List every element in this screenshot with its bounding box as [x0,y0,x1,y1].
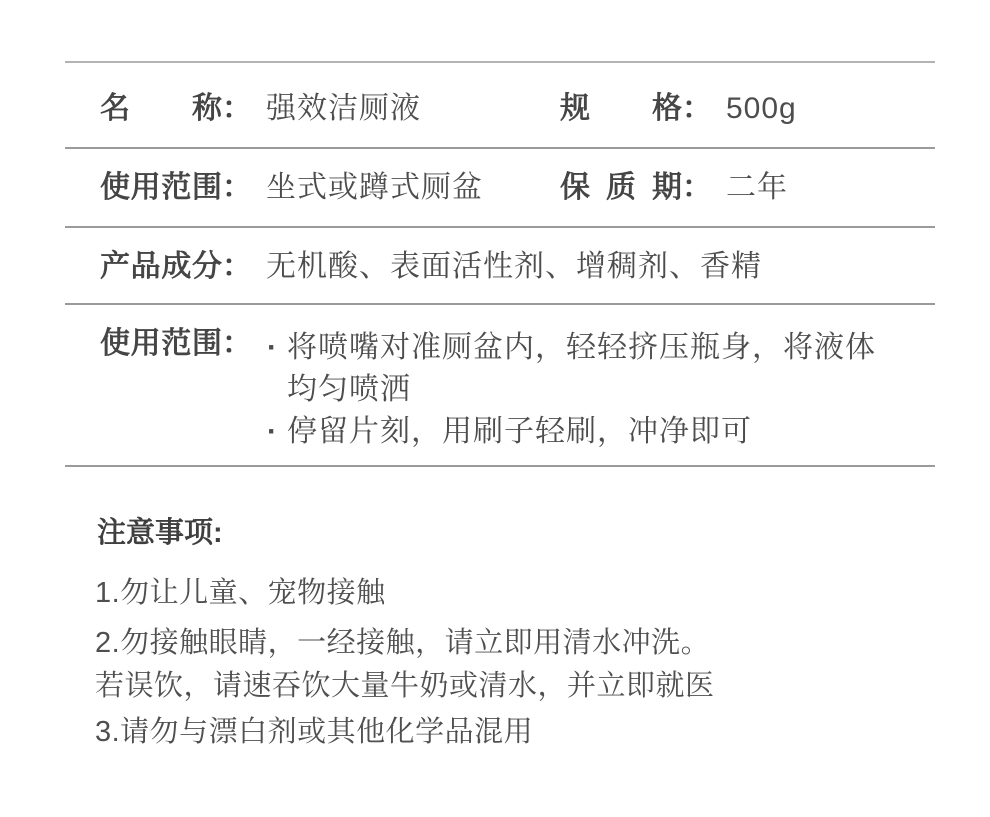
spec-usage-pair: 使用范围： [100,327,252,361]
notice-item-3: 3.请勿与漂白剂或其他化学品混用 [95,715,533,749]
colon: ： [222,250,252,284]
usage-bullet-2: · 停留片刻，用刷子轻刷，冲净即可 [267,411,876,453]
spec-shelflife-pair: 保质期： 二年 [560,171,788,205]
spec-ingredients-label: 产品成分 [100,250,222,284]
usage-bullet-1: · 将喷嘴对准厕盆内，轻轻挤压瓶身，将液体 均匀喷洒 [267,327,876,411]
spec-name-value: 强效洁厕液 [266,92,421,126]
usage-step-line: 停留片刻，用刷子轻刷，冲净即可 [287,411,752,453]
bullet-dot-icon: · [267,327,287,411]
colon: ： [222,171,252,205]
spec-ingredients-value: 无机酸、表面活性剂、增稠剂、香精 [266,250,762,284]
spec-size-value: 500g [726,92,797,126]
spec-size-pair: 规格： 500g [560,92,797,126]
spec-ingredients-pair: 产品成分： 无机酸、表面活性剂、增稠剂、香精 [100,250,762,284]
spec-size-label: 规格 [560,92,682,126]
usage-bullet-2-text: 停留片刻，用刷子轻刷，冲净即可 [287,411,752,453]
colon: ： [682,92,712,126]
colon: ： [222,327,252,361]
colon: ： [222,92,252,126]
spec-shelflife-label: 保质期 [560,171,682,205]
usage-step-line: 均匀喷洒 [287,369,876,411]
notice-item-2: 2.勿接触眼睛，一经接触，请立即用清水冲洗。 [95,626,710,660]
spec-scope-label: 使用范围 [100,171,222,205]
bullet-dot-icon: · [267,411,287,453]
spec-name-label: 名称 [100,92,222,126]
table-rule-top [65,61,935,63]
notice-item-2-continued: 若误饮，请速吞饮大量牛奶或清水，并立即就医 [95,669,715,703]
spec-name-pair: 名称： 强效洁厕液 [100,92,421,126]
table-rule-bottom [65,465,935,467]
usage-bullet-list: · 将喷嘴对准厕盆内，轻轻挤压瓶身，将液体 均匀喷洒 · 停留片刻，用刷子轻刷，… [267,327,876,453]
table-rule-3 [65,303,935,305]
colon: ： [682,171,712,205]
spec-usage-label: 使用范围 [100,327,222,361]
spec-shelflife-value: 二年 [726,171,788,205]
usage-step-line: 将喷嘴对准厕盆内，轻轻挤压瓶身，将液体 [287,327,876,369]
usage-bullet-1-text: 将喷嘴对准厕盆内，轻轻挤压瓶身，将液体 均匀喷洒 [287,327,876,411]
spec-scope-pair: 使用范围： 坐式或蹲式厕盆 [100,171,483,205]
table-rule-2 [65,226,935,228]
product-spec-sheet: 名称： 强效洁厕液 规格： 500g 使用范围： 坐式或蹲式厕盆 保质期： 二年… [0,0,990,817]
spec-scope-value: 坐式或蹲式厕盆 [266,171,483,205]
notice-item-1: 1.勿让儿童、宠物接触 [95,576,386,610]
notices-heading: 注意事项: [97,516,223,550]
table-rule-1 [65,147,935,149]
